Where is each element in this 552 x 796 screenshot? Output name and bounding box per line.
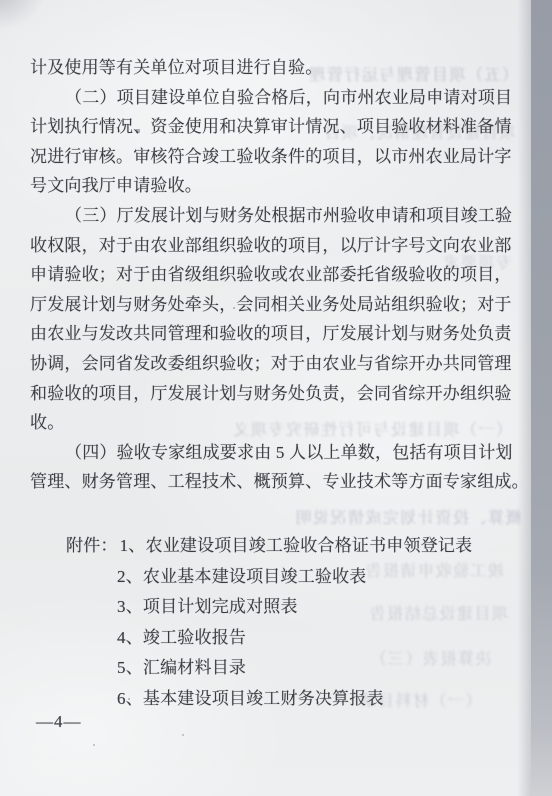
body-line: 号文向我厅申请验收。	[30, 171, 516, 201]
body-line: （二）项目建设单位自验合格后，向市州农业局申请对项目	[30, 83, 516, 113]
attachment-item: 4、竣工验收报告	[66, 623, 506, 654]
bleedthrough-text: 概算、投资计划完成情况说明	[294, 505, 522, 528]
attachments-label: 附件：	[66, 536, 118, 555]
scanned-document-page: （五）项目管理与运行管理 项目建设管理情况、项目 专项要求 （一）项目建设与可行…	[0, 0, 552, 796]
attachment-item: 5、汇编材料目录	[66, 653, 506, 684]
attachments-list: 附件：1、农业建设项目竣工验收合格证书申领登记表 2、农业基本建设项目竣工验收表…	[66, 531, 506, 715]
body-line: 和验收的项目，厅发展计划与财务处负责，会同省综开办组织验	[30, 379, 516, 409]
attachment-row: 附件：1、农业建设项目竣工验收合格证书申领登记表	[66, 531, 506, 562]
document-body: 计及使用等有关单位对项目进行自验。 （二）项目建设单位自验合格后，向市州农业局申…	[30, 53, 516, 497]
body-line: 况进行审核。审核符合竣工验收条件的项目，以市州农业局计字	[30, 142, 516, 172]
scan-edge-band	[531, 0, 552, 796]
body-line: 协调，会同省发改委组织验收；对于由农业与省综开办共同管理	[30, 349, 516, 379]
attachment-item: 3、项目计划完成对照表	[66, 592, 506, 623]
paper-edge-shadow	[517, 0, 531, 796]
body-line: 收权限，对于由农业部组织验收的项目，以厅计字号文向农业部	[30, 231, 516, 261]
body-line: 厅发展计划与财务处牵头，会同相关业务处局站组织验收；对于	[30, 290, 516, 320]
body-line: 管理、财务管理、工程技术、概预算、专业技术等方面专家组成。	[30, 467, 516, 497]
body-line: 申请验收；对于由省级组织验收或农业部委托省级验收的项目，	[30, 260, 516, 290]
scan-speck-layer	[0, 0, 2, 2]
page-number: —4—	[36, 712, 82, 732]
body-line: 计划执行情况、资金使用和决算审计情况、项目验收材料准备情	[30, 112, 516, 142]
attachment-item: 1、农业建设项目竣工验收合格证书申领登记表	[120, 536, 473, 555]
body-line: 计及使用等有关单位对项目进行自验。	[30, 53, 516, 83]
body-line: 由农业与发改共同管理和验收的项目，厅发展计划与财务处负责	[30, 319, 516, 349]
body-line: （四）验收专家组成要求由 5 人以上单数，包括有项目计划	[30, 438, 516, 468]
attachment-item: 2、农业基本建设项目竣工验收表	[66, 562, 506, 593]
scan-corner-smudge	[0, 0, 46, 30]
body-line: 收。	[30, 408, 516, 438]
body-line: （三）厅发展计划与财务处根据市州验收申请和项目竣工验	[30, 201, 516, 231]
attachment-item: 6、基本建设项目竣工财务决算报表	[66, 684, 506, 715]
